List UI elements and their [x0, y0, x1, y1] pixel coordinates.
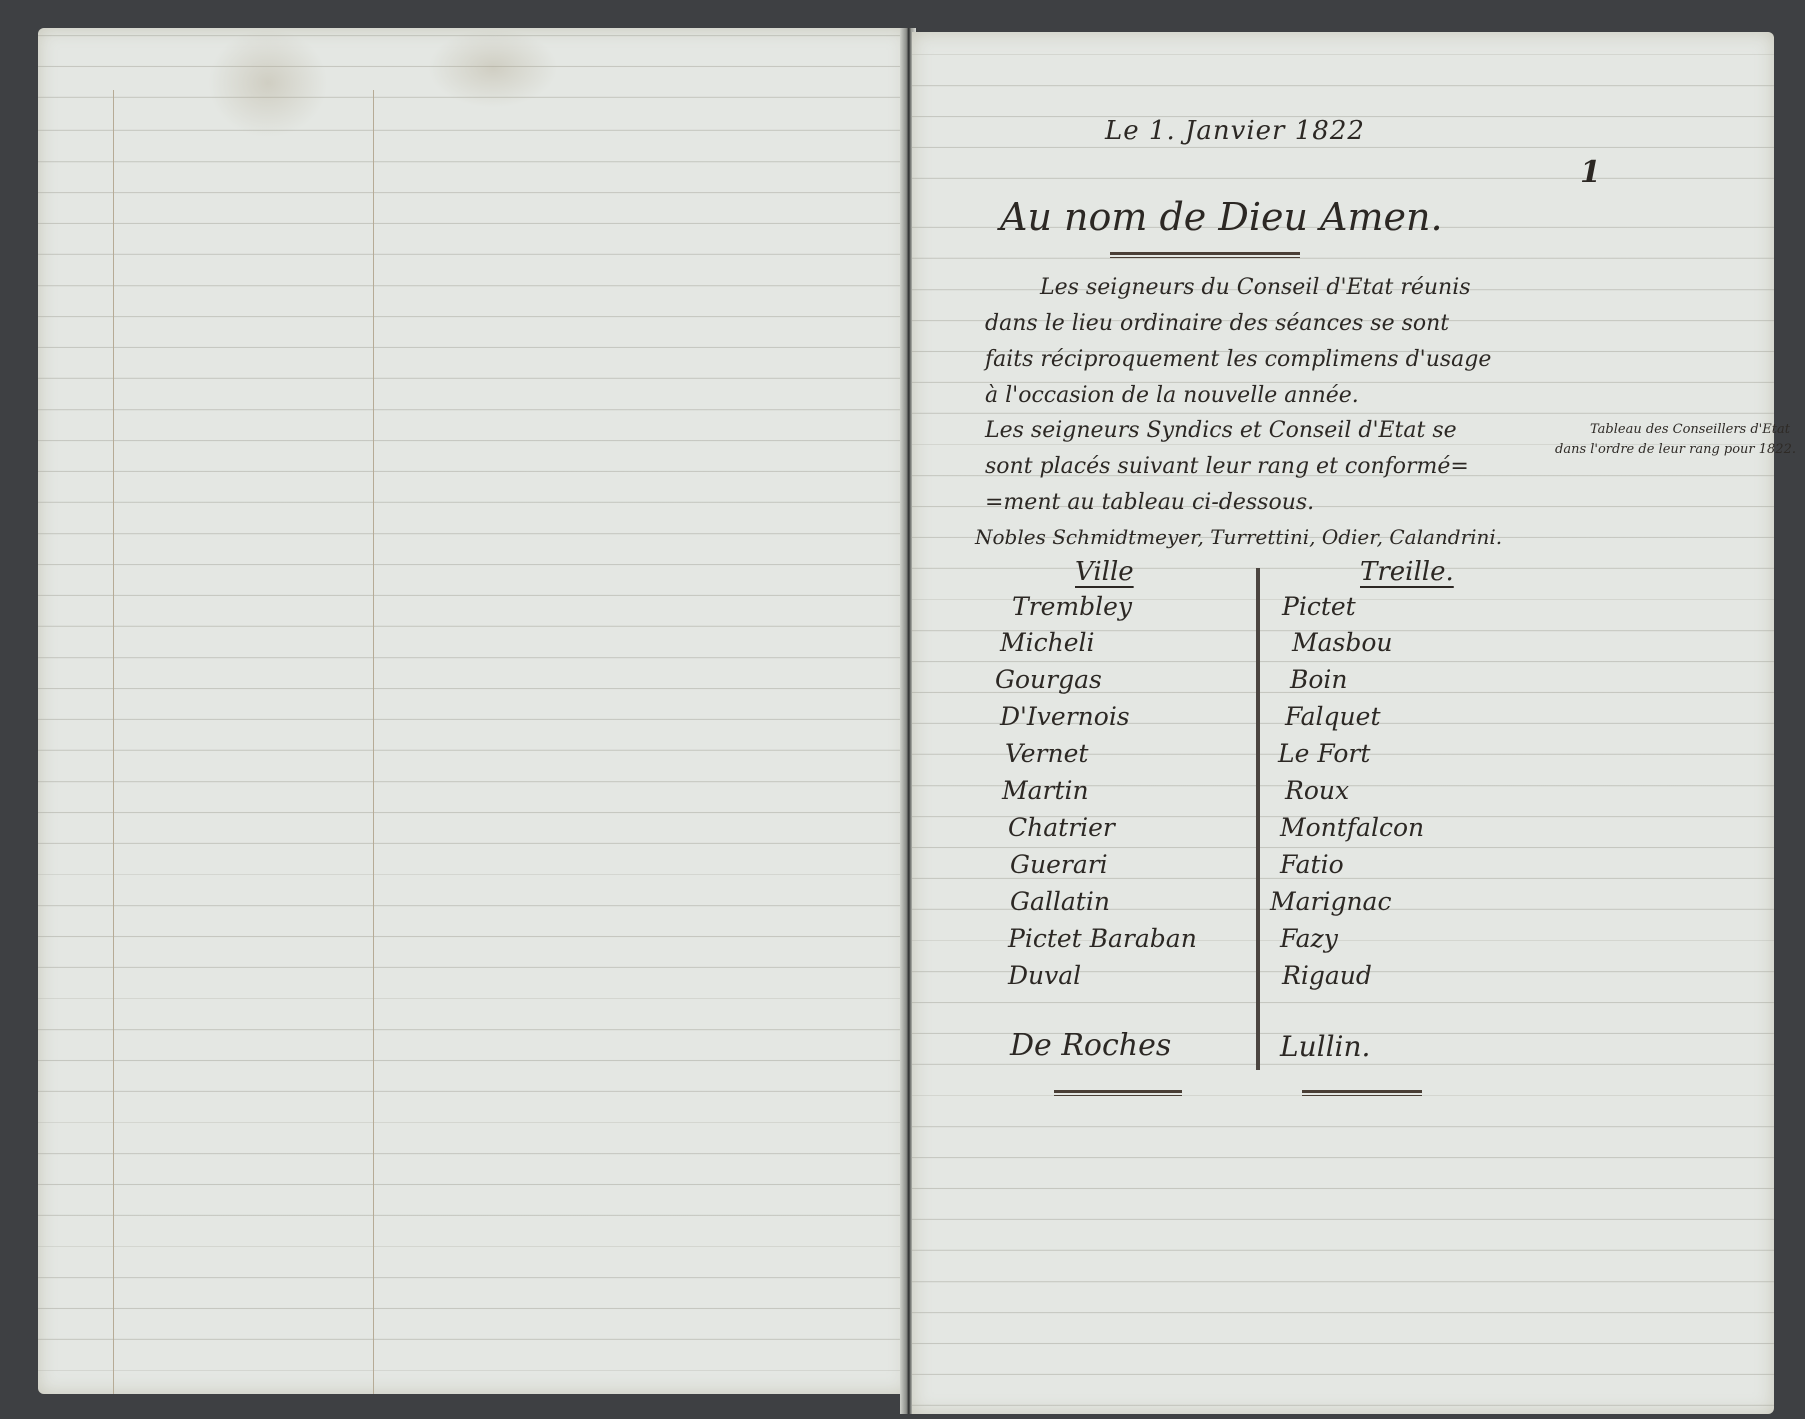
name-entry: Rigaud [1282, 961, 1372, 990]
margin-note-line: Tableau des Conseillers d'Etat [1590, 422, 1790, 437]
name-entry: Masbou [1292, 628, 1393, 657]
margin-note-line: dans l'ordre de leur rang pour 1822. [1555, 442, 1796, 457]
page-heading: Au nom de Dieu Amen. [1000, 195, 1443, 239]
nobles-line: Nobles Schmidtmeyer, Turrettini, Odier, … [975, 525, 1502, 549]
name-entry: Martin [1002, 776, 1089, 805]
column-header-ville: Ville [1075, 557, 1134, 587]
stain [428, 28, 558, 108]
name-entry: Boin [1290, 665, 1348, 694]
text-line: =ment au tableau ci-dessous. [985, 490, 1314, 515]
name-entry-final: Lullin. [1280, 1030, 1370, 1063]
name-entry: Vernet [1005, 739, 1088, 768]
column-header-treille: Treille. [1360, 557, 1454, 587]
name-entry: Gourgas [995, 665, 1102, 694]
text-line: Les seigneurs du Conseil d'Etat réunis [1040, 275, 1471, 300]
name-entry: Guerari [1010, 850, 1108, 879]
text-line: dans le lieu ordinaire des séances se so… [985, 311, 1449, 336]
closing-rule-right [1302, 1090, 1422, 1096]
date-line: Le 1. Janvier 1822 [1105, 116, 1365, 146]
name-entry: Micheli [1000, 628, 1094, 657]
name-entry: Pictet Baraban [1008, 924, 1197, 953]
margin-line-right [373, 90, 374, 1394]
heading-underline [1110, 252, 1300, 258]
name-entry: Fatio [1280, 850, 1344, 879]
column-divider [1256, 568, 1260, 1070]
name-entry: Pictet [1282, 592, 1356, 621]
name-entry: Marignac [1270, 887, 1391, 916]
name-entry: Le Fort [1278, 739, 1370, 768]
text-line: faits réciproquement les complimens d'us… [985, 347, 1491, 372]
name-entry: Gallatin [1010, 887, 1110, 916]
closing-rule-left [1054, 1090, 1182, 1096]
name-entry: Chatrier [1008, 813, 1115, 842]
name-entry: Falquet [1285, 702, 1381, 731]
name-entry: Montfalcon [1280, 813, 1424, 842]
name-entry-final: De Roches [1010, 1028, 1171, 1063]
name-entry: Trembley [1012, 592, 1132, 621]
text-line: sont placés suivant leur rang et conform… [985, 454, 1469, 479]
name-entry: Roux [1285, 776, 1349, 805]
name-entry: D'Ivernois [1000, 702, 1130, 731]
stain [208, 28, 328, 138]
margin-line-left [113, 90, 114, 1394]
name-entry: Duval [1008, 961, 1081, 990]
folio-number: 1 [1580, 155, 1601, 190]
name-entry: Fazy [1280, 924, 1338, 953]
text-line: Les seigneurs Syndics et Conseil d'Etat … [985, 418, 1457, 443]
left-page [38, 28, 908, 1394]
text-line: à l'occasion de la nouvelle année. [985, 383, 1359, 408]
ruled-lines [38, 28, 908, 1394]
